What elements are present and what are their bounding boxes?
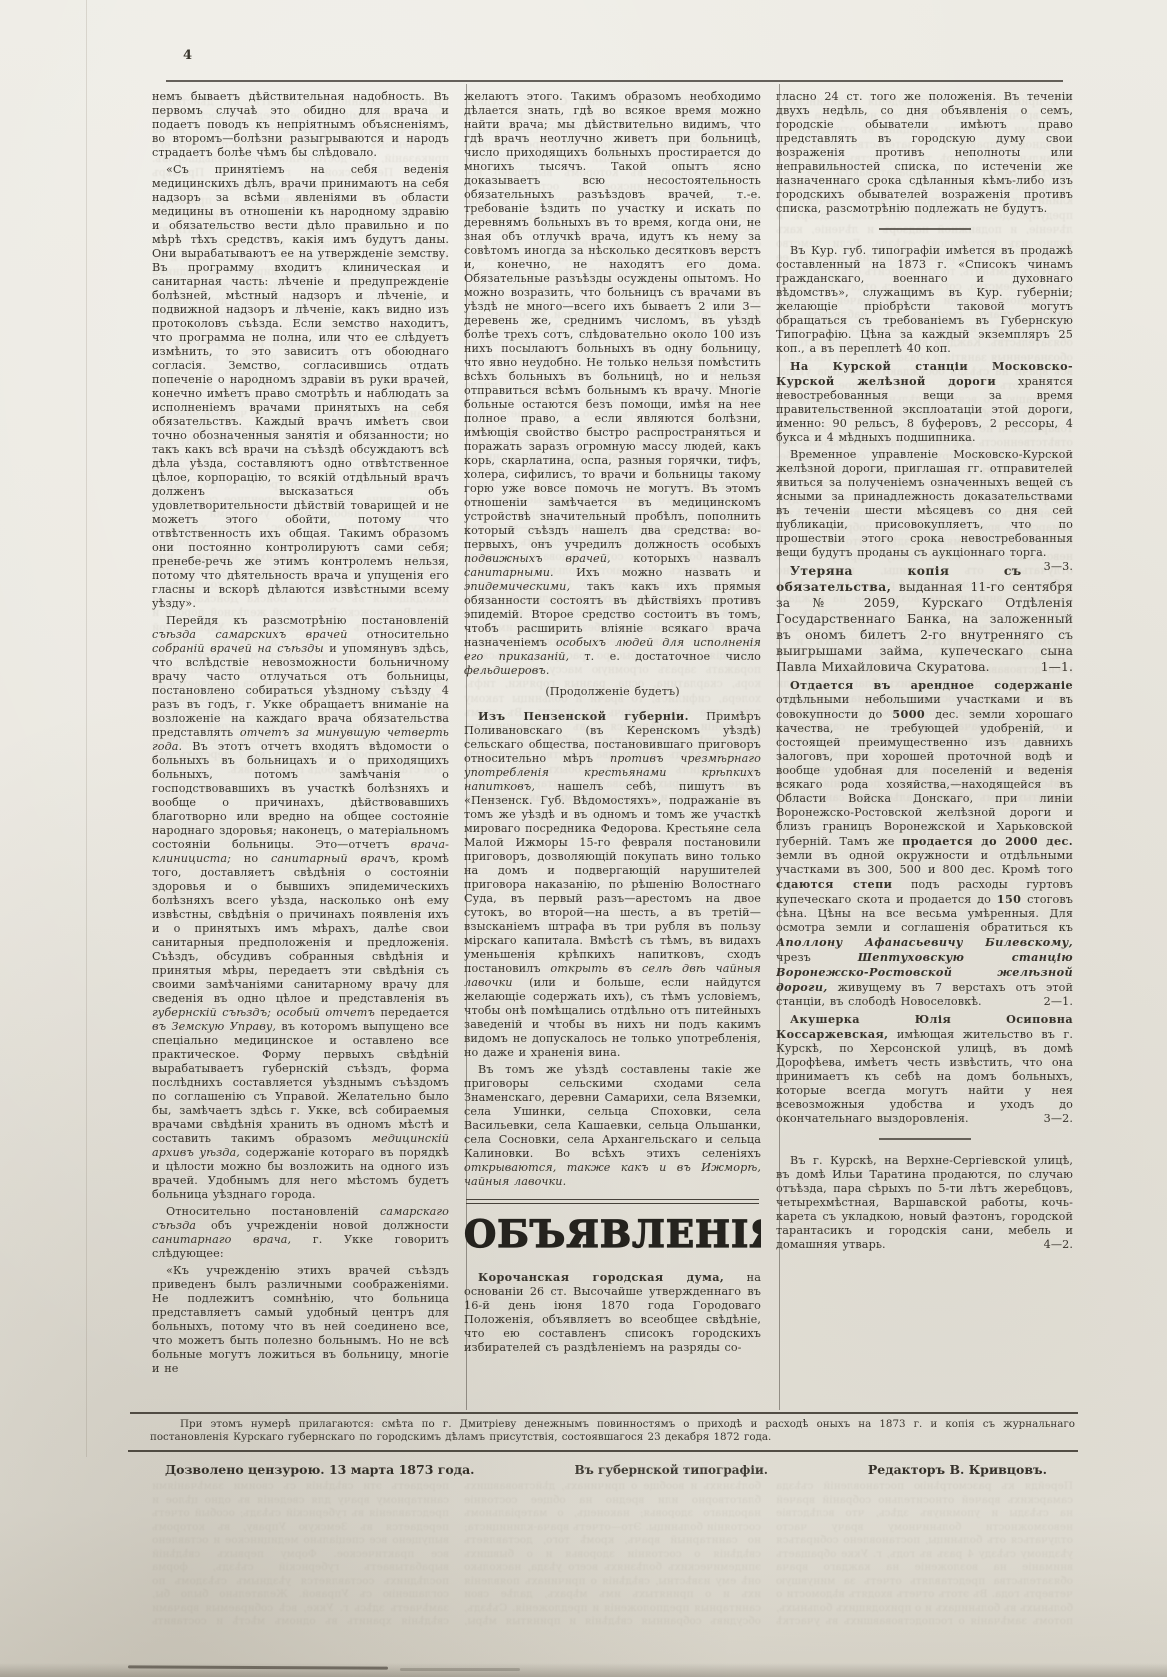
ad-separator-rule xyxy=(879,228,971,230)
ad-item: гласно 24 ст. того же положенія. Въ тече… xyxy=(776,90,1073,216)
ads-section-heading: ОБЪЯВЛЕНІЯ. xyxy=(464,1212,761,1256)
ad-item: Въ г. Курскѣ, на Верхне-Сергіевской улиц… xyxy=(776,1154,1073,1252)
article-paragraph: Перейдя къ разсмотрѣнію постановленій съ… xyxy=(152,614,449,1202)
footer-rule-bottom xyxy=(128,1450,1078,1452)
ad-run-counter: 3—2. xyxy=(1030,1112,1073,1126)
page-number: 4 xyxy=(183,48,192,63)
article-paragraph: «Съ принятіемъ на себя веденія медицинск… xyxy=(152,163,449,611)
ad-item: Корочанская городская дума, на основаніи… xyxy=(464,1270,761,1355)
ad-separator-rule xyxy=(879,1138,971,1140)
column-left: немъ бываетъ дѣйствительная надобность. … xyxy=(152,90,449,1412)
ad-item: Утеряна копія съ обязательства, выданная… xyxy=(776,563,1073,675)
page-columns: немъ бываетъ дѣйствительная надобность. … xyxy=(152,90,1073,1412)
ad-run-counter: 4—2. xyxy=(1030,1238,1073,1252)
article-paragraph: Относительно постановленій самарскаго съ… xyxy=(152,1205,449,1261)
continuation-note: (Продолженіе будетъ) xyxy=(464,685,761,699)
ad-item: Акушерка Юлія Осиповна Коссаржевская, им… xyxy=(776,1012,1073,1126)
masthead-rule xyxy=(166,80,1063,82)
page-bottom-edge xyxy=(0,1663,1167,1677)
penza-section-paragraph: Изъ Пензенской губерніи. Примѣръ Поливан… xyxy=(464,709,761,1060)
ad-run-counter: 1—1. xyxy=(1027,659,1073,675)
ad-run-counter: 3—3. xyxy=(1030,560,1073,574)
editor-line: Редакторъ В. Кривцовъ. xyxy=(868,1462,1047,1477)
penza-section-paragraph: Въ томъ же уѣздѣ составлены такіе же при… xyxy=(464,1063,761,1189)
printer-line: Въ губернской типографіи. xyxy=(574,1463,768,1477)
ad-item: Временное управленіе Московско-Курской ж… xyxy=(776,448,1073,560)
article-paragraph: немъ бываетъ дѣйствительная надобность. … xyxy=(152,90,449,160)
column-middle: желаютъ этого. Такимъ образомъ необходим… xyxy=(464,90,761,1412)
section-double-rule xyxy=(466,1199,759,1204)
censor-approval-line: Дозволено цензурою. 13 марта 1873 года. xyxy=(165,1462,475,1477)
supplement-note: При этомъ нумерѣ прилагаются: смѣта по г… xyxy=(150,1418,1075,1444)
ad-item: Въ Кур. губ. типографіи имѣется въ прода… xyxy=(776,244,1073,356)
column-right: гласно 24 ст. того же положенія. Въ тече… xyxy=(776,90,1073,1412)
ad-item: Отдается въ арендное содержаніе отдѣльны… xyxy=(776,678,1073,1009)
page-left-edge xyxy=(86,0,87,1457)
article-paragraph: «Къ учрежденію этихъ врачей съѣздъ приве… xyxy=(152,1264,449,1376)
ad-run-counter: 2—1. xyxy=(1030,995,1073,1009)
footer-rule-top xyxy=(130,1412,1078,1414)
ad-item: На Курской станціи Московско-Курской жел… xyxy=(776,359,1073,445)
article-paragraph: желаютъ этого. Такимъ образомъ необходим… xyxy=(464,90,761,678)
scanned-newspaper-sheet: «Съ принятіемъ на себя веденія медицинск… xyxy=(0,0,1167,1677)
imprint-line: Дозволено цензурою. 13 марта 1873 года. … xyxy=(165,1462,1047,1477)
bleedthrough-ghost-bottom: Перейдя къ разсмотрѣнію постановленій съ… xyxy=(152,1480,1073,1630)
